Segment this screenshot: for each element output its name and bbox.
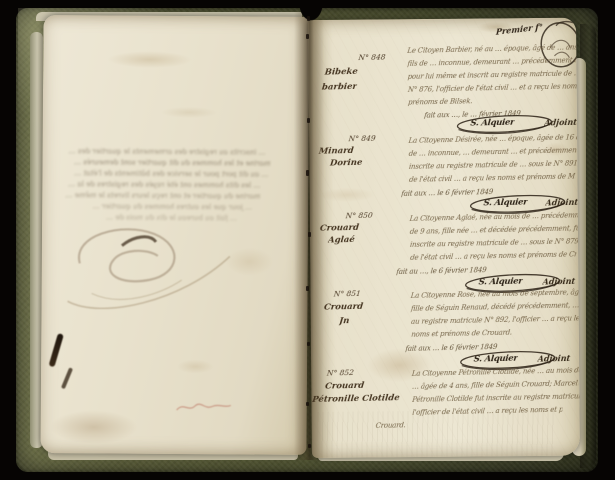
bleedthrough-line: … inscrits au registre des armements le … [50,147,266,156]
signature-title: Adjoint [544,117,578,128]
entry-body-line: de 9 ans, fille née … et décédée précéde… [409,224,579,236]
entry-body-line: de … inconnue, … demeurant … et précédem… [408,146,577,158]
entry-body-line: Crouard. [375,421,421,430]
entry-body-line: l'officier de l'état civil … a reçu les … [412,406,563,417]
entry-body-line: La Citoyenne Rose, née au mois de septem… [410,288,580,300]
entry-margin-name: Crouard [319,223,359,234]
entry-body-line: inscrite au registre matricule de … sous… [409,159,580,171]
entry-body-line: La Citoyenne Désirée, née … époque, âgée… [408,133,579,145]
entry-body-line: noms et prénoms de Crouard. [411,328,532,339]
right-page: Premier f° N° 848BibekebarbierLe Citoyen… [308,18,580,458]
bleedthrough-line: … les dits hommes ont été rayés des regi… [52,180,261,189]
entry-margin-name: Jn [339,316,350,326]
stitch-mark [307,118,310,123]
entry-body-line: La Citoyenne Aglaé, née au mois de … pré… [409,211,580,223]
right-page-surface: Premier f° N° 848BibekebarbierLe Citoyen… [308,18,580,458]
bleedthrough-line: … au dit port pour le service des bâtime… [46,169,269,179]
entry-margin-name: Crouard [323,302,363,313]
left-page: … inscrits au registre des armements le … [40,15,309,455]
entry-body-line: fils de … inconnue, demeurant … précédem… [407,56,576,68]
entry-body-line: La Citoyenne Pétronille Clotilde, née … … [411,366,579,378]
photographed-register-book: … inscrits au registre des armements le … [0,0,615,480]
stitch-mark [306,402,309,406]
stitch-mark [306,286,309,291]
entry-number: N° 851 [333,289,361,299]
bleedthrough-line: marine du quartier et ont reçu leurs liv… [44,191,261,201]
entry-margin-name: Bibeke [324,67,358,78]
entry-margin-name: Pétronille Clotilde [312,393,400,405]
entry-body-line: fille de Séguin Renaud, décédé précédemm… [411,301,580,313]
gutter-notch [292,6,330,34]
entry-margin-name: Crouard [325,381,365,392]
entry-body-line: N° 876, l'officier de l'état civil … et … [407,82,578,94]
entry-body-line: au registre matricule N° 892, l'officier… [411,314,580,326]
entry-body-line: inscrite au registre matricule de … sous… [410,237,579,249]
signature-name: S. Alquier [478,277,523,288]
entry-margin-name: barbier [321,82,357,93]
entry-body-line: pour lui même et inscrit au registre mat… [407,69,580,81]
entry-body-line: Le Citoyen Barbier, né au … époque, âgé … [407,43,580,55]
entry-body-line: de l'état civil … a reçu les noms et pré… [409,172,576,183]
entry-body-line: de l'état civil … a reçu les noms et pré… [410,250,577,261]
stitch-mark [308,232,311,237]
red-scribble [175,398,237,416]
left-page-surface: … inscrits au registre des armements le … [40,15,309,455]
stitch-mark [307,342,310,346]
stitch-mark [307,16,310,21]
entry-margin-name: Dorine [329,158,362,169]
stitch-mark [306,170,309,176]
entry-number: N° 852 [326,368,354,378]
stitch-mark [308,444,311,448]
signature-title: Adjoint [537,353,571,364]
bleedthrough-line: marine et les hommes du dit quartier son… [42,158,271,168]
entry-number: N° 848 [358,53,386,63]
signature-name: S. Alquier [470,118,515,129]
entry-body-line: … âgée de 4 ans, fille de Séguin Crouard… [412,379,579,390]
bleedthrough-line: … jour que les autres hommes du quartier… [72,202,253,211]
signature-name: S. Alquier [483,198,528,209]
entry-number: N° 849 [348,134,376,144]
signature-title: Adjoint [545,197,579,208]
right-page-entries: N° 848BibekebarbierLe Citoyen Barbier, n… [308,18,580,458]
signature-title: Adjoint [542,276,576,287]
stitch-mark [306,34,309,39]
entry-body-line: Pétronille Clotilde fut inscrite au regi… [412,392,580,404]
entry-margin-name: Minard [318,146,354,157]
large-flourish [61,215,252,326]
entry-number: N° 850 [345,211,373,221]
entry-body-line: prénoms de Bilsek. [408,97,493,107]
entry-margin-name: Aglaé [328,235,356,246]
signature-name: S. Alquier [473,354,518,365]
